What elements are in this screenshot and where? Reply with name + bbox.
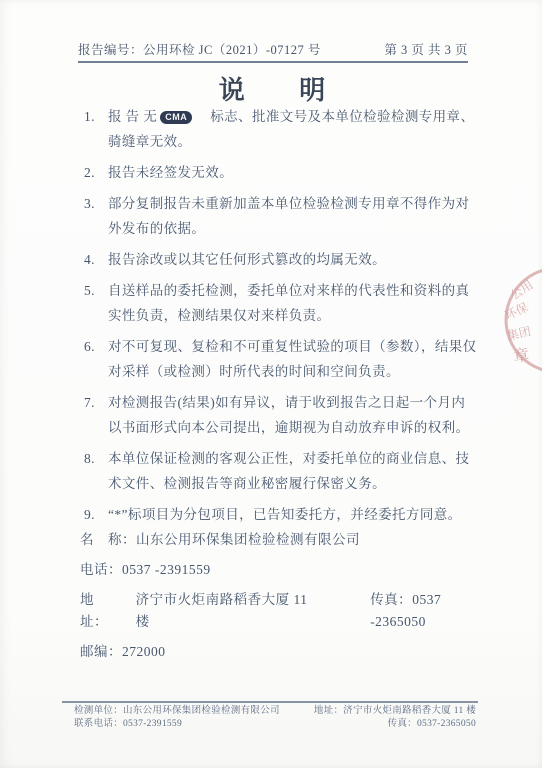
note-item-1: 1. 报 告 无CMA标志、批准文号及本单位检验检测专用章、骑缝章无效。: [84, 104, 480, 154]
note-text: 报告未经签发无效。: [108, 160, 478, 185]
note-text: 自送样品的委托检测，委托单位对来样的代表性和资料的真实性负责，检测结果仅对来样负…: [108, 278, 478, 328]
note-text: 对检测报告(结果)如有异议，请于收到报告之日起一个月内以书面形式向本公司提出，逾…: [108, 390, 478, 440]
company-contact-block: 名 称： 山东公用环保集团检验检测有限公司 电话： 0537 -2391559 …: [80, 529, 500, 671]
note-number: 1.: [84, 104, 108, 154]
note-item-2: 2. 报告未经签发无效。: [84, 160, 480, 185]
note-number: 4.: [84, 247, 108, 272]
note-text: 部分复制报告未重新加盖本单位检验检测专用章不得作为对外发布的依据。: [108, 191, 478, 241]
note-item-7: 7. 对检测报告(结果)如有异议，请于收到报告之日起一个月内以书面形式向本公司提…: [84, 390, 480, 440]
company-name-row: 名 称： 山东公用环保集团检验检测有限公司: [80, 529, 500, 551]
page-footer: 检测单位：山东公用环保集团检验检测有限公司 联系电话：0537-2391559 …: [74, 705, 476, 731]
red-seal-stamp-graphic: 公用 环保 集团 章: [484, 256, 542, 388]
phone-value: 0537 -2391559: [122, 559, 211, 581]
note-number: 6.: [84, 334, 108, 384]
cma-certification-mark-icon: CMA: [160, 111, 192, 124]
phone-label: 电话：: [80, 559, 122, 581]
note-text: 对不可复现、复检和不可重复性试验的项目（参数），结果仅对采样（或检测）时所代表的…: [108, 334, 478, 384]
footer-fax: 传真：0537-2365050: [314, 718, 476, 731]
note-number: 7.: [84, 390, 108, 440]
company-name-label: 名 称：: [80, 529, 136, 551]
note-item-5: 5. 自送样品的委托检测，委托单位对来样的代表性和资料的真实性负责，检测结果仅对…: [84, 278, 480, 328]
company-name-value: 山东公用环保集团检验检测有限公司: [136, 529, 360, 551]
footer-address: 地址：济宁市火炬南路稻香大厦 11 楼: [314, 705, 476, 718]
note-item-4: 4. 报告涂改或以其它任何形式篡改的均属无效。: [84, 247, 480, 272]
footer-right-column: 地址：济宁市火炬南路稻香大厦 11 楼 传真：0537-2365050: [314, 705, 476, 731]
report-number: 报告编号：公用环检 JC（2021）-07127 号: [78, 40, 321, 58]
footer-phone: 联系电话：0537-2391559: [74, 718, 280, 731]
footer-unit: 检测单位：山东公用环保集团检验检测有限公司: [74, 705, 280, 718]
note-text: “*”标项目为分包项目，已告知委托方，并经委托方同意。: [108, 502, 478, 527]
notes-list: 1. 报 告 无CMA标志、批准文号及本单位检验检测专用章、骑缝章无效。 2. …: [84, 104, 480, 533]
red-seal-stamp: 公用 环保 集团 章: [484, 256, 542, 388]
address-value: 济宁市火炬南路稻香大厦 11 楼: [136, 589, 325, 633]
stamp-text-3: 集团: [506, 323, 533, 343]
address-label: 地 址：: [80, 589, 136, 633]
note-number: 8.: [84, 446, 108, 496]
zip-label: 邮编：: [80, 641, 122, 663]
address-row: 地 址： 济宁市火炬南路稻香大厦 11 楼 传真：0537 -2365050: [80, 589, 500, 633]
fax-label: 传真：: [370, 592, 412, 607]
footer-rule: [62, 701, 478, 703]
note-number: 2.: [84, 160, 108, 185]
note-text: 报告涂改或以其它任何形式篡改的均属无效。: [108, 247, 478, 272]
note-number: 3.: [84, 191, 108, 241]
zip-row: 邮编： 272000: [80, 641, 500, 663]
note-1-pre: 报 告 无: [108, 109, 157, 124]
page-indicator: 第 3 页 共 3 页: [384, 40, 468, 58]
note-text: 本单位保证检测的客观公正性，对委托单位的商业信息、技术文件、检测报告等商业秘密履…: [108, 446, 478, 496]
page-header: 报告编号：公用环检 JC（2021）-07127 号 第 3 页 共 3 页: [78, 40, 468, 58]
page-title: 说 明: [78, 70, 468, 107]
note-item-9: 9. “*”标项目为分包项目，已告知委托方，并经委托方同意。: [84, 502, 480, 527]
note-number: 9.: [84, 502, 108, 527]
header-rule: [78, 61, 468, 63]
report-page: 报告编号：公用环检 JC（2021）-07127 号 第 3 页 共 3 页 说…: [0, 0, 542, 768]
note-text: 报 告 无CMA标志、批准文号及本单位检验检测专用章、骑缝章无效。: [108, 104, 478, 154]
footer-left-column: 检测单位：山东公用环保集团检验检测有限公司 联系电话：0537-2391559: [74, 705, 280, 731]
fax-pair: 传真：0537 -2365050: [370, 589, 500, 633]
note-item-8: 8. 本单位保证检测的客观公正性，对委托单位的商业信息、技术文件、检测报告等商业…: [84, 446, 480, 496]
stamp-text-2: 环保: [503, 300, 531, 323]
note-item-6: 6. 对不可复现、复检和不可重复性试验的项目（参数），结果仅对采样（或检测）时所…: [84, 334, 480, 384]
note-item-3: 3. 部分复制报告未重新加盖本单位检验检测专用章不得作为对外发布的依据。: [84, 191, 480, 241]
phone-row: 电话： 0537 -2391559: [80, 559, 500, 581]
note-number: 5.: [84, 278, 108, 328]
stamp-text-4: 章: [512, 345, 531, 366]
stamp-text-1: 公用: [508, 277, 536, 302]
zip-value: 272000: [122, 641, 166, 663]
